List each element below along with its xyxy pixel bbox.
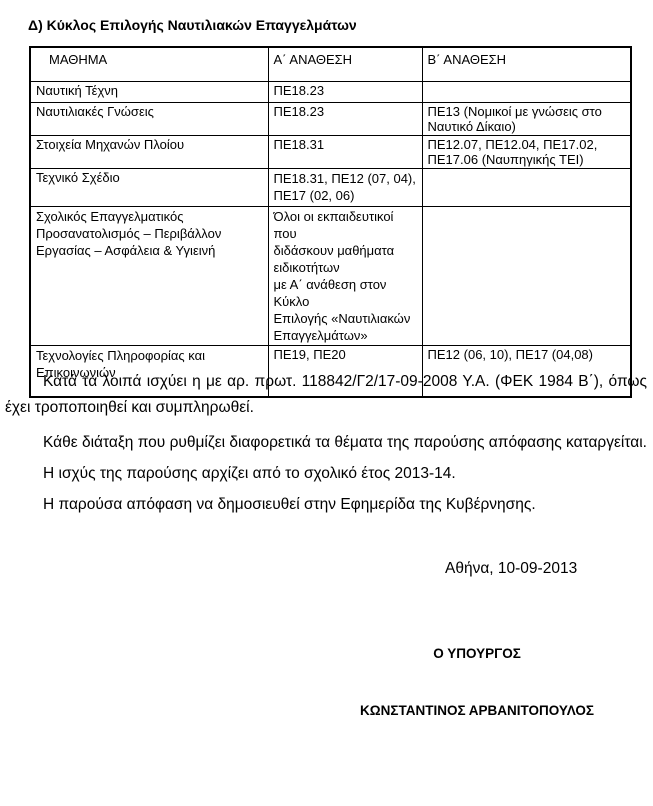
cell-first-assignment: Όλοι οι εκπαιδευτικοί που διδάσκουν μαθή…	[268, 206, 422, 345]
place-and-date: Αθήνα, 10-09-2013	[445, 556, 577, 582]
cell-second-assignment	[422, 81, 631, 102]
cell-subject: Στοιχεία Μηχανών Πλοίου	[30, 135, 268, 168]
paragraph-line: Κατά τα λοιπά ισχύει η με αρ. πρωτ. 1188…	[5, 369, 647, 395]
cell-subject: Ναυτική Τέχνη	[30, 81, 268, 102]
cell-second-assignment: ΠΕ12.07, ΠΕ12.04, ΠΕ17.02, ΠΕ17.06 (Ναυπ…	[422, 135, 631, 168]
document-page: Δ) Κύκλος Επιλογής Ναυτιλιακών Επαγγελμά…	[0, 0, 653, 806]
cell-subject: Σχολικός Επαγγελματικός Προσανατολισμός …	[30, 206, 268, 345]
table-row: Στοιχεία Μηχανών Πλοίου ΠΕ18.31 ΠΕ12.07,…	[30, 135, 631, 168]
cell-subject: Τεχνικό Σχέδιο	[30, 168, 268, 206]
minister-name: ΚΩΝΣΤΑΝΤΙΝΟΣ ΑΡΒΑΝΙΤΟΠΟΥΛΟΣ	[307, 702, 647, 719]
table-row: Σχολικός Επαγγελματικός Προσανατολισμός …	[30, 206, 631, 345]
table-row: Ναυτιλιακές Γνώσεις ΠΕ18.23 ΠΕ13 (Νομικο…	[30, 102, 631, 135]
cell-first-assignment: ΠΕ18.31	[268, 135, 422, 168]
paragraph-repeal-clause: Κάθε διάταξη που ρυθμίζει διαφορετικά τα…	[5, 430, 647, 456]
paragraph-effective-date: Η ισχύς της παρούσης αρχίζει από το σχολ…	[5, 461, 647, 487]
table-row: Τεχνικό Σχέδιο ΠΕ18.31, ΠΕ12 (07, 04), Π…	[30, 168, 631, 206]
table-header-row: ΜΑΘΗΜΑ Α΄ ΑΝΑΘΕΣΗ Β΄ ΑΝΑΘΕΣΗ	[30, 47, 631, 81]
header-cell-second-assignment: Β΄ ΑΝΑΘΕΣΗ	[422, 47, 631, 81]
header-cell-subject: ΜΑΘΗΜΑ	[30, 47, 268, 81]
cell-first-assignment: ΠΕ18.23	[268, 102, 422, 135]
paragraph-publication: Η παρούσα απόφαση να δημοσιευθεί στην Εφ…	[5, 492, 647, 518]
header-cell-first-assignment: Α΄ ΑΝΑΘΕΣΗ	[268, 47, 422, 81]
cell-subject: Ναυτιλιακές Γνώσεις	[30, 102, 268, 135]
cell-first-assignment: ΠΕ18.31, ΠΕ12 (07, 04), ΠΕ17 (02, 06)	[268, 168, 422, 206]
cell-second-assignment	[422, 206, 631, 345]
cell-first-assignment: ΠΕ18.23	[268, 81, 422, 102]
table-row: Ναυτική Τέχνη ΠΕ18.23	[30, 81, 631, 102]
minister-title: Ο ΥΠΟΥΡΓΟΣ	[327, 645, 627, 662]
cell-second-assignment	[422, 168, 631, 206]
section-title: Δ) Κύκλος Επιλογής Ναυτιλιακών Επαγγελμά…	[28, 14, 357, 36]
paragraph-line: έχει τροποποιηθεί και συμπληρωθεί.	[5, 395, 647, 421]
cell-second-assignment: ΠΕ13 (Νομικοί με γνώσεις στο Ναυτικό Δίκ…	[422, 102, 631, 135]
paragraph-legal-basis: Κατά τα λοιπά ισχύει η με αρ. πρωτ. 1188…	[5, 369, 647, 421]
assignments-table: ΜΑΘΗΜΑ Α΄ ΑΝΑΘΕΣΗ Β΄ ΑΝΑΘΕΣΗ Ναυτική Τέχ…	[29, 46, 632, 398]
